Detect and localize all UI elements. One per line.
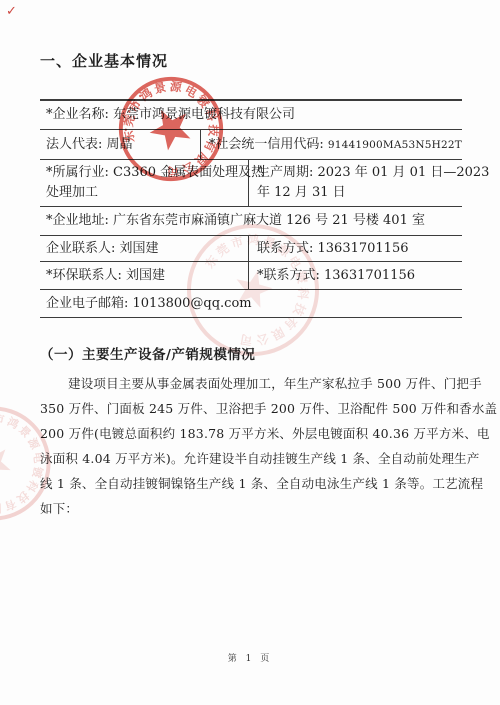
document-page: ✓ 一、企业基本情况 *企业名称: 东莞市鸿景源电镀科技有限公司 法人代表: 周… (0, 0, 500, 705)
table-row: *环保联系人: 刘国建 *联系方式: 13631701156 (40, 262, 462, 290)
production-period-cell: 生产周期: 2023 年 01 月 01 日—2023 年 12 月 31 日 (249, 160, 489, 206)
company-info-table: *企业名称: 东莞市鸿景源电镀科技有限公司 法人代表: 周晶 *社会统一信用代码… (40, 99, 462, 318)
page-title: 一、企业基本情况 (40, 50, 168, 71)
industry-cell: *所属行业: C3360 金属表面处理及热 处理加工 (40, 160, 249, 206)
credit-code-cell: *社会统一信用代码: 91441900MA53N5H22T (201, 130, 462, 159)
table-row: *所属行业: C3360 金属表面处理及热 处理加工 生产周期: 2023 年 … (40, 160, 462, 207)
page-number: 第 1 页 (0, 651, 500, 664)
check-mark-icon: ✓ (6, 4, 17, 19)
table-row: *企业名称: 东莞市鸿景源电镀科技有限公司 (40, 101, 462, 130)
paragraph-line: 350 万件、门面板 245 万件、卫浴把手 200 万件、卫浴配件 500 万… (40, 396, 470, 421)
paragraph-line: 如下： (40, 496, 470, 521)
paragraph-line: 200 万件(电镀总面积约 183.78 万平方米、外层电镀面积 40.36 万… (40, 421, 470, 446)
env-contact-phone-cell: *联系方式: 13631701156 (249, 262, 462, 289)
company-address-cell: *企业地址: 广东省东莞市麻涌镇广麻大道 126 号 21 号楼 401 室 (40, 207, 462, 235)
company-email-cell: 企业电子邮箱: 1013800@qq.com (40, 290, 462, 317)
table-row: 企业电子邮箱: 1013800@qq.com (40, 290, 462, 318)
contact-phone-cell: 联系方式: 13631701156 (249, 236, 462, 261)
paragraph-line: 线 1 条、全自动挂镀铜镍铬生产线 1 条、全自动电泳生产线 1 条等。工艺流程 (40, 471, 470, 496)
credit-code-value: 91441900MA53N5H22T (328, 135, 462, 155)
section-heading: （一）主要生产设备/产销规模情况 (40, 343, 255, 363)
paragraph-line: 建设项目主要从事金属表面处理加工，年生产家私拉手 500 万件、门把手 (40, 371, 470, 396)
table-row: 法人代表: 周晶 *社会统一信用代码: 91441900MA53N5H22T (40, 130, 462, 160)
credit-code-label: *社会统一信用代码: (209, 135, 328, 155)
env-contact-cell: *环保联系人: 刘国建 (40, 262, 249, 289)
table-row: 企业联系人: 刘国建 联系方式: 13631701156 (40, 236, 462, 262)
seal-star-icon (0, 438, 19, 485)
body-paragraph: 建设项目主要从事金属表面处理加工，年生产家私拉手 500 万件、门把手 350 … (40, 371, 470, 521)
company-name-cell: *企业名称: 东莞市鸿景源电镀科技有限公司 (40, 101, 462, 129)
table-row: *企业地址: 广东省东莞市麻涌镇广麻大道 126 号 21 号楼 401 室 (40, 207, 462, 236)
legal-representative-cell: 法人代表: 周晶 (40, 130, 201, 159)
paragraph-line: 泳面积 4.04 万平方米)。允许建设半自动挂镀生产线 1 条、全自动前处理生产 (40, 446, 470, 471)
company-contact-cell: 企业联系人: 刘国建 (40, 236, 249, 261)
